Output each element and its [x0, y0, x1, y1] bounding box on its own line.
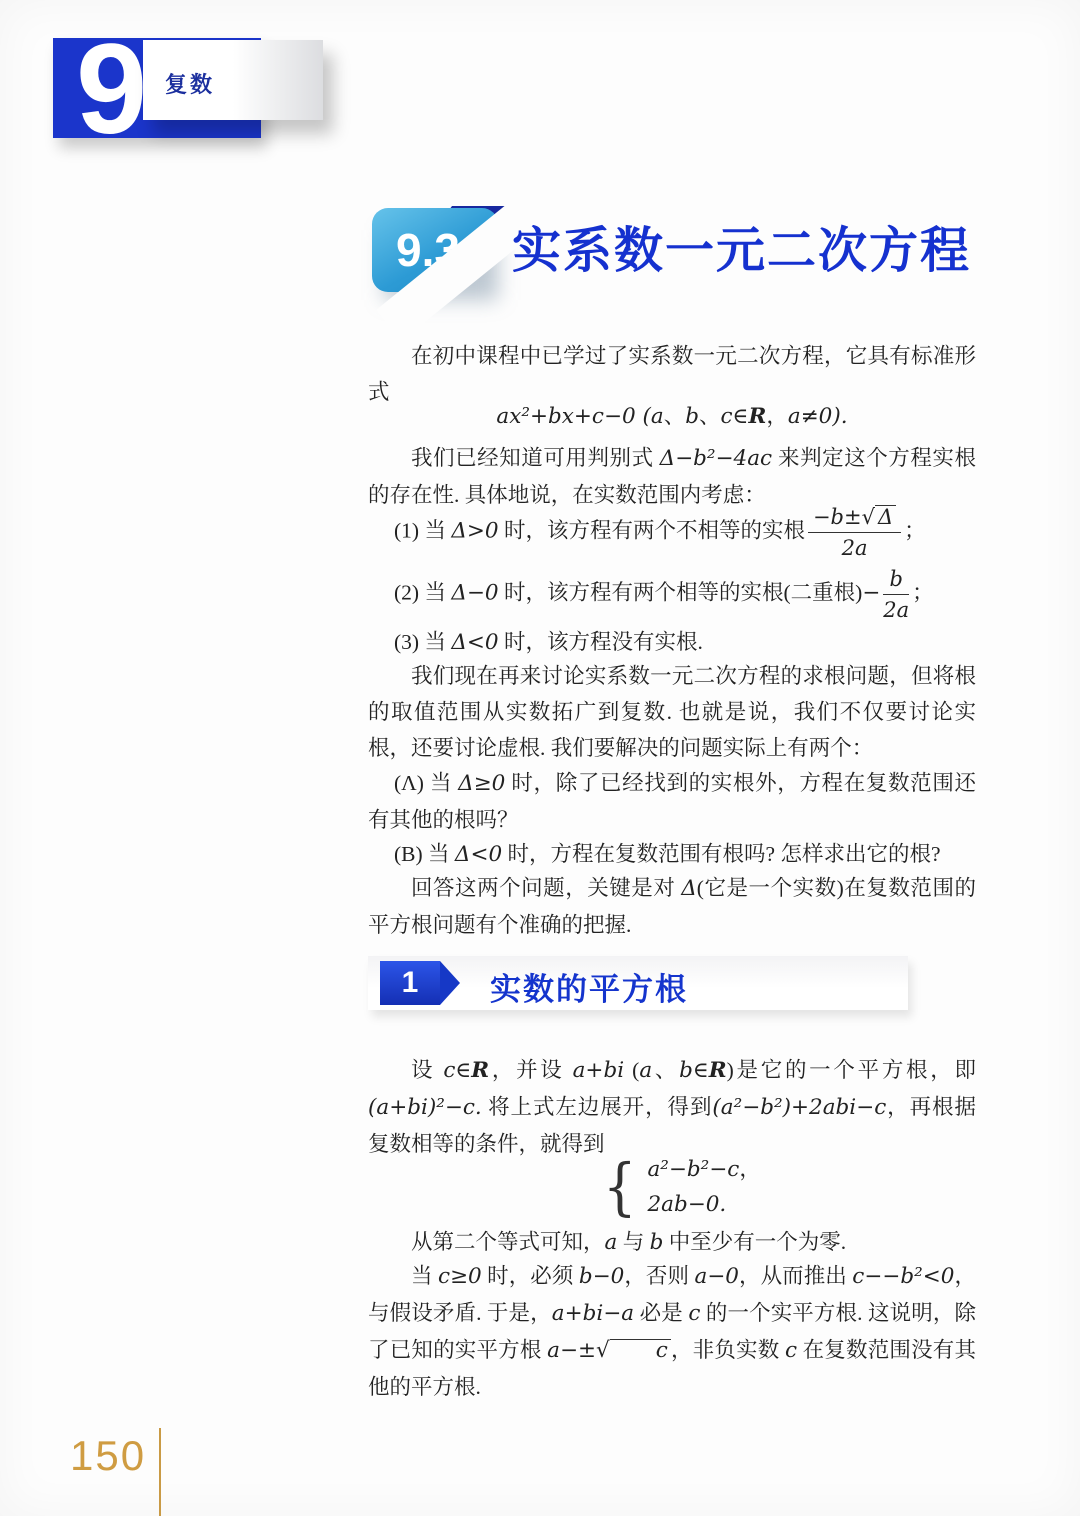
paragraph-sqrt-setup: 设 c∈R，并设 a+bi (a、b∈R)是它的一个平方根，即 (a+bi)²−… — [368, 1052, 976, 1162]
paragraph-question-b: (B) 当 Δ<0 时，方程在复数范围有根吗? 怎样求出它的根? — [368, 836, 976, 873]
equation-system: { a²−b²−c， 2ab−0. — [368, 1152, 976, 1222]
paragraph-second-equation: 从第二个等式可知，a 与 b 中至少有一个为零. — [368, 1224, 976, 1261]
paragraph-discriminant: 我们已经知道可用判别式 Δ−b²−4ac 来判定这个方程实根的存在性. 具体地说… — [368, 440, 976, 513]
system-equation-1: a²−b²−c， — [647, 1152, 760, 1187]
chapter-number: 9 — [76, 26, 147, 154]
chapter-label: 复数 — [165, 68, 215, 99]
footer-rule — [159, 1428, 161, 1516]
paragraph-question-a: (Λ) 当 Δ≥0 时，除了已经找到的实根外，方程在复数范围还有其他的根吗？ — [368, 765, 976, 838]
textbook-page: 9 复数 9.3 实系数一元二次方程 在初中课程中已学过了实系数一元二次方程，它… — [0, 0, 1080, 1516]
square-root: √c — [596, 1338, 671, 1362]
paragraph-conclusion: 当 c≥0 时，必须 b−0，否则 a−0，从而推出 c−−b²<0，与假设矛盾… — [368, 1258, 976, 1405]
chapter-card: 复数 — [143, 40, 323, 120]
subsection-band: 1 实数的平方根 — [368, 956, 908, 1010]
subsection-badge: 1 — [380, 961, 440, 1005]
subsection-number: 1 — [402, 966, 419, 1000]
paragraph-answer-key: 回答这两个问题，关键是对 Δ(它是一个实数)在复数范围的平方根问题有个准确的把握… — [368, 870, 976, 943]
system-brace: { — [603, 1156, 637, 1218]
square-root: √Δ — [862, 505, 897, 529]
formula-standard: ax²+bx+c−0 (a、b、c∈R，a≠0). — [368, 398, 976, 435]
case-item-3: (3) 当 Δ<0 时，该方程没有实根. — [368, 624, 1008, 661]
fraction: −b±√Δ2a — [808, 505, 901, 560]
system-equation-2: 2ab−0. — [647, 1187, 760, 1222]
chapter-tab: 9 复数 — [53, 38, 373, 158]
fraction: b2a — [883, 567, 909, 622]
case-item-2: (2) 当 Δ−0 时，该方程有两个相等的实根(二重根)−b2a； — [368, 567, 1008, 622]
case-item-1: (1) 当 Δ>0 时，该方程有两个不相等的实根−b±√Δ2a； — [368, 505, 1008, 560]
system-equations: a²−b²−c， 2ab−0. — [647, 1152, 760, 1222]
paragraph-discussion: 我们现在再来讨论实系数一元二次方程的求根问题，但将根的取值范围从实数拓广到复数.… — [368, 658, 976, 766]
page-number: 150 — [70, 1432, 146, 1480]
section-title: 实系数一元二次方程 — [512, 212, 971, 282]
subsection-title: 实数的平方根 — [490, 964, 688, 1009]
